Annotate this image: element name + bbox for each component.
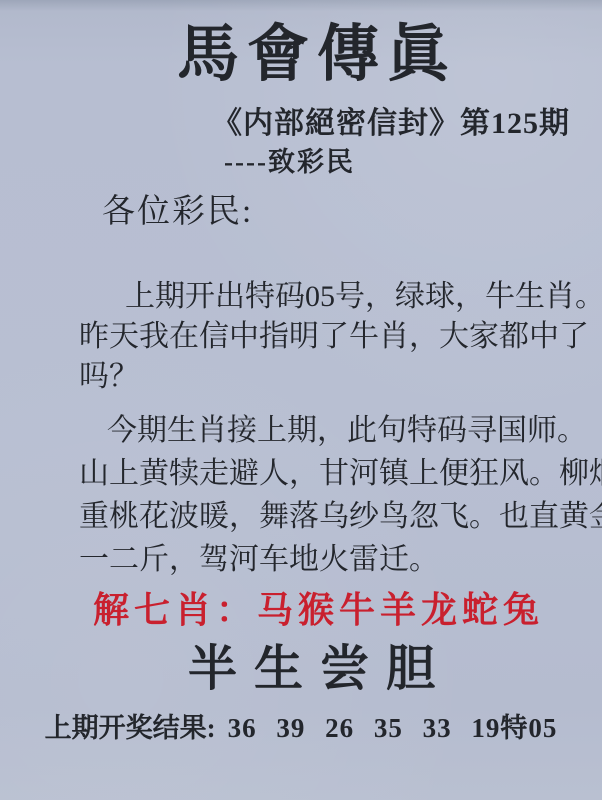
paragraph-line: 一二斤，驾河车地火雷迁。 xyxy=(79,538,579,581)
paragraph-line: 今期生肖接上期，此句特码寻国师。 xyxy=(79,409,579,452)
last-draw-results: 上期开奖结果:36 39 26 35 33 19特05 xyxy=(0,706,602,745)
paragraph-line: 重桃花波暖，舞落乌纱鸟忽飞。也直黄金 xyxy=(79,495,579,538)
issue-subtitle: 《内部絕密信封》第125期 xyxy=(212,98,570,142)
fax-document: 馬會傳眞 《内部絕密信封》第125期 ----致彩民 各位彩民: 上期开出特码0… xyxy=(0,0,602,800)
paragraph-line: 吗？ xyxy=(79,357,579,397)
results-numbers: 36 39 26 35 33 19特05 xyxy=(228,713,558,743)
paragraph-line: 上期开出特码05号，绿球，牛生肖。 xyxy=(79,277,579,317)
paragraph-line: 山上黄犊走避人，甘河镇上便狂风。柳烟 xyxy=(79,452,579,495)
salutation: 各位彩民: xyxy=(102,185,253,232)
idiom-big-phrase: 半生尝胆 xyxy=(0,638,602,700)
seven-zodiac-hint: 解七肖：马猴牛羊龙蛇兔 xyxy=(93,582,544,633)
page-title: 馬會傳眞 xyxy=(0,12,602,98)
paragraph-line: 昨天我在信中指明了牛肖，大家都中了 xyxy=(79,317,579,357)
results-label: 上期开奖结果: xyxy=(45,713,216,743)
dedication-line: ----致彩民 xyxy=(224,140,355,179)
paragraph-previous-draw: 上期开出特码05号，绿球，牛生肖。 昨天我在信中指明了牛肖，大家都中了 吗？ xyxy=(79,277,579,397)
paragraph-current-tip-poem: 今期生肖接上期，此句特码寻国师。 山上黄犊走避人，甘河镇上便狂风。柳烟 重桃花波… xyxy=(79,409,579,581)
